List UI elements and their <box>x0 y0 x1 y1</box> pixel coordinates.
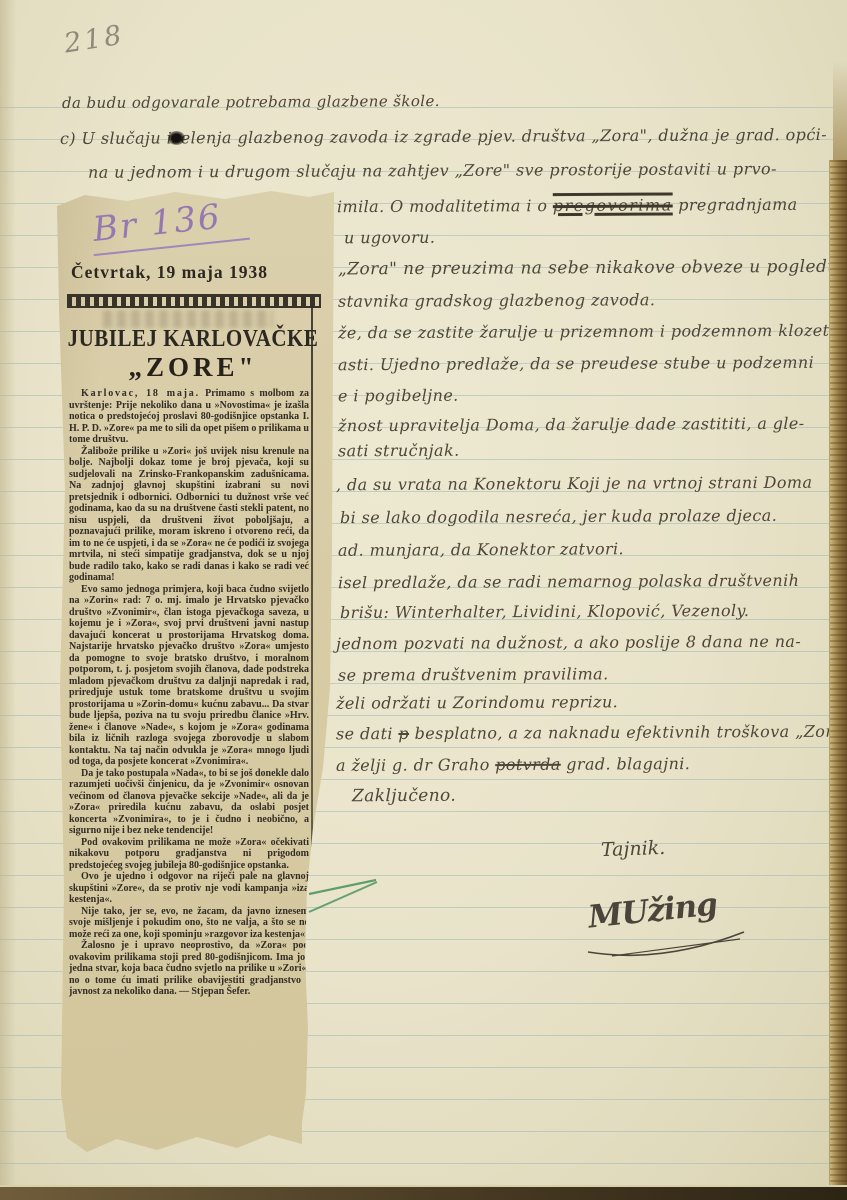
article-paragraph: Ovo je ujedno i odgovor na riječi pale n… <box>69 871 309 906</box>
handwriting-line: sati stručnjak. <box>338 441 460 461</box>
article-byline: Stjepan Šefer. <box>191 986 250 997</box>
handwriting-line: želi održati u Zorindomu reprizu. <box>336 692 618 712</box>
handwriting-line: jednom pozvati na dužnost, a ako poslije… <box>336 632 801 653</box>
clipping-date-header: Četvrtak, 19 maja 1938 <box>71 262 319 283</box>
handwriting-line: asti. Ujedno predlaže, da se preudese st… <box>338 353 814 374</box>
handwriting-line: u ugovoru. <box>344 228 435 247</box>
struck-letter: p <box>398 724 409 743</box>
handwriting-line: se prema društvenim pravilima. <box>338 664 609 684</box>
handwriting-line: „Zora" ne preuzima na sebe nikakove obve… <box>338 257 847 280</box>
handwriting-line: bi se lako dogodila nesreća, jer kuda pr… <box>340 506 777 527</box>
handwriting-line: da budu odgovarale potrebama glazbene šk… <box>62 92 440 112</box>
article-paragraph: Žalibože prilike u »Zori« još uvijek nis… <box>69 446 309 584</box>
handwriting-line: na u jednom i u drugom slučaju na zahtje… <box>88 159 777 182</box>
article-title-line1: JUBILEJ KARLOVAČKE <box>55 324 331 353</box>
book-bottom-edge <box>0 1185 847 1200</box>
article-paragraph: Žalosno je i upravo neoprostivo, da »Zor… <box>69 940 309 998</box>
closing-statement: Zaključeno. <box>352 786 456 807</box>
article-paragraph: Pod ovakovim prilikama ne može »Zora« oč… <box>69 837 309 872</box>
handwriting-line: , da su vrata na Konektoru Koji je na vr… <box>336 473 812 494</box>
article-title-line2: „ZORE" <box>55 352 331 383</box>
handwriting-line: isel predlaže, da se radi nemarnog polas… <box>338 571 799 592</box>
page-left-edge <box>0 0 16 1187</box>
ledger-page: 218 da budu odgovarale potrebama glazben… <box>0 0 847 1200</box>
handwriting-line: a želji g. dr Graho potvrda grad. blagaj… <box>336 754 690 775</box>
handwriting-line: že, da se zastite žarulje u prizemnom i … <box>338 321 846 343</box>
handwriting-line: brišu: Winterhalter, Lividini, Klopović,… <box>340 601 749 622</box>
newspaper-clipping: Br 136 Četvrtak, 19 maja 1938 JUBILEJ KA… <box>55 188 335 1166</box>
page-stack-edge <box>829 160 847 1187</box>
secretary-title: Tajnik. <box>601 837 666 861</box>
registry-number-stamp: Br 136 <box>89 194 250 256</box>
article-paragraph: Da je tako postupala »Nada«, to bi se jo… <box>69 768 309 837</box>
article-body: Karlovac, 18 maja. Primamo s molbom za u… <box>69 388 309 1128</box>
article-paragraph: Nije tako, jer se, evo, ne žacam, da jav… <box>69 906 309 941</box>
handwriting-line: se dati p besplatno, a za naknadu efekti… <box>336 722 847 744</box>
column-divider <box>311 306 313 1124</box>
handwriting-line: ad. munjara, da Konektor zatvori. <box>338 539 624 559</box>
handwriting-line: stavnika gradskog glazbenog zavoda. <box>338 290 655 311</box>
scribbled-word: pregovorima <box>553 195 673 215</box>
handwriting-line: e i pogibeljne. <box>338 386 459 406</box>
article-paragraph: Evo samo jednoga primjera, koji baca čud… <box>69 584 309 768</box>
struck-word: potvrda <box>495 755 561 774</box>
article-paragraph: Karlovac, 18 maja. Primamo s molbom za u… <box>69 388 309 446</box>
page-number: 218 <box>62 19 127 59</box>
article-dateline: Karlovac, 18 maja. <box>81 388 200 399</box>
page-stack-fade <box>833 60 847 160</box>
ink-blot <box>168 131 185 145</box>
handwriting-line: žnost upravitelja Doma, da žarulje dade … <box>338 414 805 435</box>
handwriting-line: imila. O modalitetima i o pregovorima pr… <box>337 195 798 216</box>
masthead-rule <box>67 294 321 308</box>
signature: MUžing <box>586 886 718 935</box>
